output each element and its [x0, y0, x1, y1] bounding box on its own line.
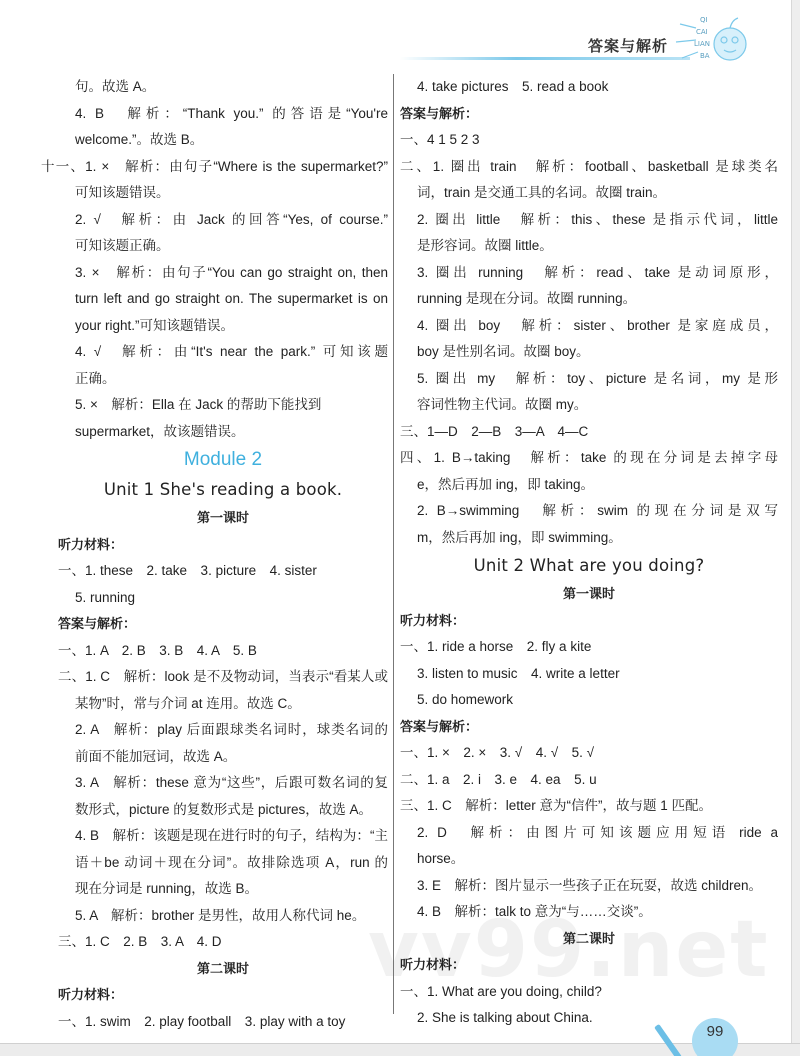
- answer-line: 十一、1. × 解析：由句子“Where is the supermarket?…: [41, 154, 388, 181]
- answer-line: e，然后再加 ing，即 taking。: [400, 472, 778, 499]
- answer-line: horse。: [400, 846, 778, 873]
- answer-line: 一、1. swim 2. play football 3. play with …: [58, 1009, 388, 1036]
- answer-line: running 是现在分词。故圈 running。: [400, 286, 778, 313]
- answer-line: 2. A 解析：play 后面跟球类名词时，球类名词的: [58, 717, 388, 744]
- section-label: 答案与解析：: [400, 101, 778, 128]
- unit-heading: Unit 1 She's reading a book.: [58, 475, 388, 505]
- answer-line: 3. E 解析：图片显示一些孩子正在玩耍，故选 children。: [400, 873, 778, 900]
- answer-line: 一、1. ride a horse 2. fly a kite: [400, 634, 778, 661]
- section-label: 答案与解析：: [58, 611, 388, 638]
- answer-line: 5. 圈出 my 解析：toy、picture 是名词，my 是形: [400, 366, 778, 393]
- module-heading: Module 2: [58, 445, 388, 475]
- answer-line: 正确。: [58, 366, 388, 393]
- answer-line: 一、1. What are you doing, child?: [400, 979, 778, 1006]
- svg-text:CAI: CAI: [696, 28, 708, 36]
- answer-line: 二、1. 圈出 train 解析：football、basketball 是球类…: [400, 154, 778, 181]
- column-divider: [393, 74, 394, 1014]
- answer-line: 3. listen to music 4. write a letter: [400, 661, 778, 688]
- section-label: 听力材料：: [400, 608, 778, 635]
- svg-text:BA: BA: [700, 52, 710, 60]
- answer-line: 现在分词是 running，故选 B。: [58, 876, 388, 903]
- right-column: 4. take pictures 5. read a book答案与解析：一、4…: [400, 74, 778, 1032]
- answer-line: 2. 圈出 little 解析：this、these 是指示代词，little: [400, 207, 778, 234]
- answer-line: 4. take pictures 5. read a book: [400, 74, 778, 101]
- lesson-heading: 第二课时: [58, 956, 388, 983]
- section-label: 答案与解析：: [400, 714, 778, 741]
- answer-line: 三、1—D 2—B 3—A 4—C: [400, 419, 778, 446]
- answer-line: 语＋be 动词＋现在分词”。故排除选项 A，run 的: [58, 850, 388, 877]
- header-rule: [400, 57, 690, 60]
- answer-line: 5. do homework: [400, 687, 778, 714]
- answer-line: 一、1. A 2. B 3. B 4. A 5. B: [58, 638, 388, 665]
- answer-line: your right.”可知该题错误。: [58, 313, 388, 340]
- answer-line: 5. A 解析：brother 是男性，故用人称代词 he。: [58, 903, 388, 930]
- answer-line: 4. √ 解析：由“It's near the park.” 可知该题: [58, 339, 388, 366]
- answer-line: 前面不能加冠词，故选 A。: [58, 744, 388, 771]
- answer-line: turn left and go straight on. The superm…: [58, 286, 388, 313]
- answer-line: welcome.”。故选 B。: [58, 127, 388, 154]
- answer-line: 句。故选 A。: [58, 74, 388, 101]
- answer-line: 词，train 是交通工具的名词。故圈 train。: [400, 180, 778, 207]
- unit-heading: Unit 2 What are you doing?: [400, 551, 778, 581]
- svg-text:LIAN: LIAN: [694, 40, 710, 48]
- lesson-heading: 第一课时: [400, 581, 778, 608]
- lesson-heading: 第一课时: [58, 505, 388, 532]
- answer-line: 可知该题错误。: [58, 180, 388, 207]
- answer-line: 2. B→swimming 解析：swim 的现在分词是双写: [400, 498, 778, 525]
- answer-line: 容词性物主代词。故圈 my。: [400, 392, 778, 419]
- answer-line: 一、4 1 5 2 3: [400, 127, 778, 154]
- header-title: 答案与解析: [588, 35, 668, 56]
- section-label: 听力材料：: [58, 982, 388, 1009]
- section-label: 听力材料：: [58, 532, 388, 559]
- section-label: 听力材料：: [400, 952, 778, 979]
- page-number: 99: [692, 1018, 738, 1056]
- page-header: 答案与解析 QI CAI LIAN BA: [0, 0, 800, 70]
- answer-line: supermarket，故该题错误。: [58, 419, 388, 446]
- answer-line: 2. D 解析：由图片可知该题应用短语 ride a: [400, 820, 778, 847]
- answer-line: 某物”时，常与介词 at 连用。故选 C。: [58, 691, 388, 718]
- answer-line: 数形式，picture 的复数形式是 pictures，故选 A。: [58, 797, 388, 824]
- answer-line: 三、1. C 2. B 3. A 4. D: [58, 929, 388, 956]
- answer-line: 3. × 解析：由句子“You can go straight on, then: [58, 260, 388, 287]
- answer-line: 5. running: [58, 585, 388, 612]
- answer-line: 二、1. a 2. i 3. e 4. ea 5. u: [400, 767, 778, 794]
- answer-line: 是形容词。故圈 little。: [400, 233, 778, 260]
- answer-line: 三、1. C 解析：letter 意为“信件”，故与题 1 匹配。: [400, 793, 778, 820]
- lesson-heading: 第二课时: [400, 926, 778, 953]
- answer-line: 3. 圈出 running 解析：read、take 是动词原形，: [400, 260, 778, 287]
- answer-line: 3. A 解析：these 意为“这些”，后跟可数名词的复: [58, 770, 388, 797]
- answer-line: 5. × 解析：Ella 在 Jack 的帮助下能找到: [58, 392, 388, 419]
- answer-line: 一、1. × 2. × 3. √ 4. √ 5. √: [400, 740, 778, 767]
- answer-line: 四、1. B→taking 解析：take 的现在分词是去掉字母: [400, 445, 778, 472]
- mascot-icon: QI CAI LIAN BA: [672, 10, 752, 70]
- answer-line: 二、1. C 解析：look 是不及物动词，当表示“看某人或: [58, 664, 388, 691]
- answer-line: 4. B 解析：“Thank you.” 的答语是“You're: [58, 101, 388, 128]
- answer-line: 可知该题正确。: [58, 233, 388, 260]
- page-right-edge: [791, 0, 800, 1056]
- answer-line: 一、1. these 2. take 3. picture 4. sister: [58, 558, 388, 585]
- answer-line: m，然后再加 ing，即 swimming。: [400, 525, 778, 552]
- answer-line: 4. B 解析：该题是现在进行时的句子，结构为：“主: [58, 823, 388, 850]
- answer-line: 4. 圈出 boy 解析：sister、brother 是家庭成员，: [400, 313, 778, 340]
- answer-line: boy 是性别名词。故圈 boy。: [400, 339, 778, 366]
- answer-line: 2. √ 解析：由 Jack 的回答“Yes, of course.”: [58, 207, 388, 234]
- answer-line: 4. B 解析：talk to 意为“与……交谈”。: [400, 899, 778, 926]
- svg-text:QI: QI: [700, 16, 708, 24]
- left-column: 句。故选 A。4. B 解析：“Thank you.” 的答语是“You'rew…: [58, 74, 388, 1035]
